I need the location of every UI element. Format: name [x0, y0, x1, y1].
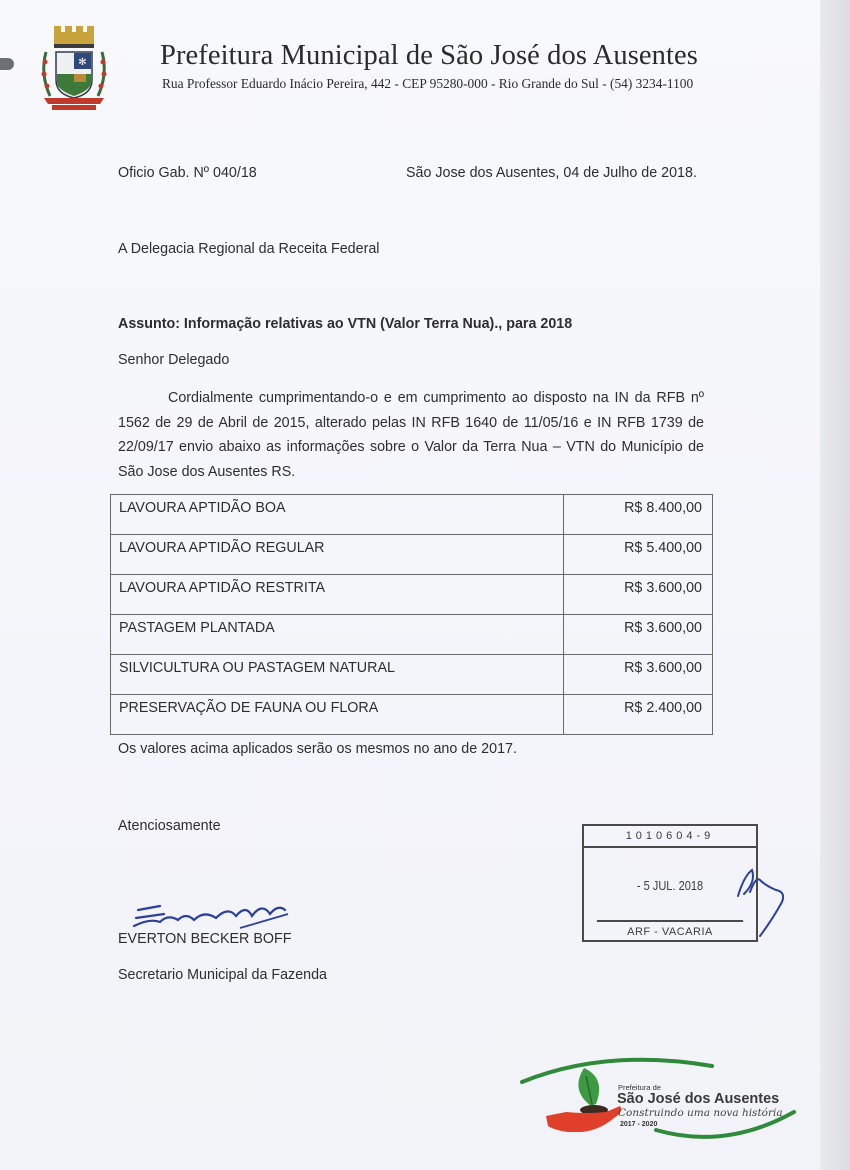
land-value: R$ 3.600,00 — [564, 575, 713, 615]
letter-body-text: Cordialmente cumprimentando-o e em cumpr… — [118, 390, 704, 480]
stamp-protocol-number: 1010604-9 — [584, 826, 756, 848]
table-row: PRESERVAÇÃO DE FAUNA OU FLORAR$ 2.400,00 — [111, 695, 713, 735]
land-value: R$ 5.400,00 — [564, 535, 713, 575]
table-row: LAVOURA APTIDÃO BOAR$ 8.400,00 — [111, 495, 713, 535]
land-category: SILVICULTURA OU PASTAGEM NATURAL — [111, 655, 564, 695]
footer-logo-name: São José dos Ausentes — [617, 1091, 779, 1107]
letter-salutation: Senhor Delegado — [118, 352, 229, 368]
land-value: R$ 2.400,00 — [564, 695, 713, 735]
land-category: LAVOURA APTIDÃO REGULAR — [111, 535, 564, 575]
signatory-title: Secretario Municipal da Fazenda — [118, 967, 327, 983]
table-row: LAVOURA APTIDÃO RESTRITAR$ 3.600,00 — [111, 575, 713, 615]
table-row: SILVICULTURA OU PASTAGEM NATURALR$ 3.600… — [111, 655, 713, 695]
land-value: R$ 3.600,00 — [564, 655, 713, 695]
table-row: PASTAGEM PLANTADAR$ 3.600,00 — [111, 615, 713, 655]
svg-text:✻: ✻ — [78, 57, 86, 68]
receipt-stamp: 1010604-9 - 5 JUL. 2018 ARF - VACARIA — [582, 824, 758, 942]
land-category: LAVOURA APTIDÃO RESTRITA — [111, 575, 564, 615]
scan-mark — [0, 58, 14, 70]
letter-place-date: São Jose dos Ausentes, 04 de Julho de 20… — [406, 165, 697, 181]
signatory-name: EVERTON BECKER BOFF — [118, 931, 291, 947]
letterhead-address: Rua Professor Eduardo Inácio Pereira, 44… — [162, 76, 693, 92]
land-value: R$ 3.600,00 — [564, 615, 713, 655]
vtn-values-table: LAVOURA APTIDÃO BOAR$ 8.400,00LAVOURA AP… — [110, 494, 713, 735]
land-category: PRESERVAÇÃO DE FAUNA OU FLORA — [111, 695, 564, 735]
letterhead-title: Prefeitura Municipal de São José dos Aus… — [160, 40, 698, 72]
letter-recipient: A Delegacia Regional da Receita Federal — [118, 241, 379, 257]
stamp-office: ARF - VACARIA — [584, 922, 756, 942]
scan-edge — [820, 0, 850, 1170]
footer-logo-years: 2017 - 2020 — [620, 1121, 657, 1128]
land-value: R$ 8.400,00 — [564, 495, 713, 535]
land-category: PASTAGEM PLANTADA — [111, 615, 564, 655]
letter-reference: Oficio Gab. Nº 040/18 — [118, 165, 257, 181]
letter-closing: Atenciosamente — [118, 818, 221, 834]
footer-logo-slogan: Construindo uma nova história — [618, 1107, 783, 1119]
municipal-coat-of-arms-icon: ✻ — [38, 24, 110, 112]
letter-note: Os valores acima aplicados serão os mesm… — [118, 741, 517, 757]
letter-body: Cordialmente cumprimentando-o e em cumpr… — [118, 386, 704, 484]
table-row: LAVOURA APTIDÃO REGULARR$ 5.400,00 — [111, 535, 713, 575]
land-category: LAVOURA APTIDÃO BOA — [111, 495, 564, 535]
letter-subject: Assunto: Informação relativas ao VTN (Va… — [118, 316, 572, 332]
stamp-date: - 5 JUL. 2018 — [597, 848, 743, 922]
